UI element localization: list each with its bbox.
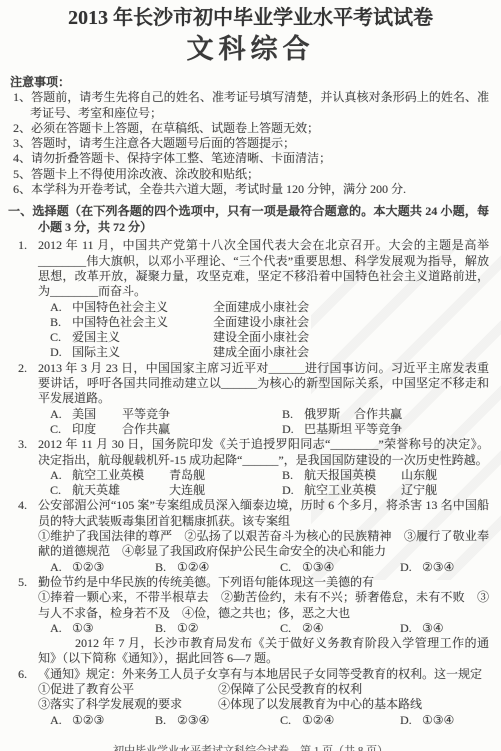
option-text-2: 全面建设小康社会	[213, 315, 309, 330]
option-text: ①②	[177, 621, 199, 636]
option-text: 印度	[72, 422, 122, 437]
exam-paper-page: 2013 年长沙市初中毕业学业水平考试试卷 文科综合 注意事项： 1、答题前，请…	[0, 0, 501, 751]
option-text: 航空工业英模	[304, 483, 401, 498]
option-text-2: 建设全面小康社会	[213, 330, 309, 345]
option-text: ①③④	[422, 713, 454, 728]
option-c: C. 爱国主义 建设全面小康社会	[50, 330, 489, 345]
page-subtitle: 文科综合	[0, 34, 501, 65]
notice-item-6: 6、本学科为开卷考试，全卷共六道大题，考试时量 120 分钟，满分 200 分.	[13, 182, 489, 197]
question-stem: 2012 年 11 月，中国共产党第十八次全国代表大会在北京召开。大会的主题是高…	[38, 238, 489, 299]
intro-note-6-7: 2012 年 7 月，长沙市教育局发布《关于做好义务教育阶段入学管理工作的通知》…	[10, 636, 489, 667]
options-list: A. ①②③ B. ①②④ C. ①③④ D. ②③④	[50, 560, 489, 575]
notice-item-4: 4、请勿折叠答题卡、保持字体工整、笔迹清晰、卡面清洁；	[13, 151, 489, 166]
question-stem: 勤俭节约是中华民族的传统美德。下列语句能体现这一美德的有	[38, 575, 489, 590]
option-text: ①②③	[72, 713, 104, 728]
notice-section: 注意事项： 1、答题前，请考生先将自己的姓名、准考证号填写清楚，并认真核对条形码…	[0, 75, 501, 197]
option-label: C.	[280, 621, 302, 636]
option-text: ②③④	[177, 713, 209, 728]
option-text: 美国	[72, 407, 122, 422]
option-label: C.	[50, 422, 72, 437]
question-number: 6.	[18, 667, 27, 682]
option-c: C. ②④	[280, 621, 400, 636]
question-number: 3.	[18, 437, 27, 452]
option-label: D.	[50, 345, 72, 360]
option-label: A.	[50, 468, 72, 483]
notice-item-2: 2、必须在答题卡上答题，在草稿纸、试题卷上答题无效；	[13, 121, 489, 136]
option-label: B.	[282, 407, 304, 422]
option-text-2: 平等竞争	[122, 407, 170, 422]
page-footer: 初中毕业学业水平考试文科综合试卷 第 1 页（共 8 页）	[0, 745, 501, 751]
option-a: A. ①②③	[50, 713, 155, 728]
question-6: 6. 《通知》规定：外来务工人员子女享有与本地居民子女同等受教育的权利。这一规定…	[10, 667, 489, 728]
option-c: C. ①②④	[280, 713, 400, 728]
option-label: B.	[155, 560, 177, 575]
option-text-2: 青岛舰	[169, 468, 205, 483]
option-b: B. ②③④	[155, 713, 280, 728]
question-5: 5. 勤俭节约是中华民族的传统美德。下列语句能体现这一美德的有 ①捧着一颗心来，…	[10, 575, 489, 636]
option-a: A. 美国 平等竞争	[50, 407, 282, 422]
notice-heading: 注意事项：	[10, 75, 489, 90]
option-c: C. 印度 合作共赢	[50, 422, 282, 437]
options-list: A. ①③ B. ①② C. ②④ D. ③④	[50, 621, 489, 636]
option-text-2: 大连舰	[169, 483, 205, 498]
option-text-2: 合作共赢	[122, 422, 170, 437]
option-text: ①②④	[302, 713, 334, 728]
question-subitems: ①促进了教育公平 ②保障了公民受教育的权利 ③落实了科学发展观的要求 ④体现了以…	[38, 682, 489, 713]
option-label: A.	[50, 713, 72, 728]
question-number: 1.	[18, 238, 27, 253]
option-d: D. ①③④	[400, 713, 489, 728]
option-d: D. 航空工业英模 辽宁舰	[282, 483, 489, 498]
option-label: C.	[280, 560, 302, 575]
option-label: A.	[50, 560, 72, 575]
option-c: C. 航天英雄 大连舰	[50, 483, 282, 498]
question-stem: 《通知》规定：外来务工人员子女享有与本地居民子女同等受教育的权利。这一规定	[38, 667, 489, 682]
option-text-2: 合作共赢	[354, 407, 402, 422]
option-a: A. ①②③	[50, 560, 155, 575]
option-text: 中国特色社会主义	[72, 300, 213, 315]
option-a: A. 航空工业英模 青岛舰	[50, 468, 282, 483]
question-4: 4. 公安部湄公河“105 案”专案组成员深入缅泰边境，历时 6 个多月，将杀害…	[10, 498, 489, 574]
option-b: B. 航天报国英模 山东舰	[282, 468, 489, 483]
questions-list: 1. 2012 年 11 月，中国共产党第十八次全国代表大会在北京召开。大会的主…	[0, 238, 501, 728]
option-label: B.	[50, 315, 72, 330]
question-number: 5.	[18, 575, 27, 590]
option-label: B.	[155, 621, 177, 636]
notice-item-3: 3、答题时，请考生注意各大题题号后面的答题提示；	[13, 136, 489, 151]
option-d: D. ②③④	[400, 560, 489, 575]
options-list: A. 中国特色社会主义 全面建成小康社会 B. 中国特色社会主义 全面建设小康社…	[50, 300, 489, 361]
option-text-2: 平等竞争	[354, 422, 402, 437]
option-text: ①②④	[177, 560, 209, 575]
subitem-2: ②保障了公民受教育的权利	[218, 682, 489, 697]
option-text-2: 辽宁舰	[401, 483, 437, 498]
notice-item-1: 1、答题前，请考生先将自己的姓名、准考证号填写清楚，并认真核对条形码上的姓名、准…	[13, 90, 489, 121]
option-text: 航天英雄	[72, 483, 169, 498]
option-d: D. 巴基斯坦 平等竞争	[282, 422, 489, 437]
option-a: A. 中国特色社会主义 全面建成小康社会	[50, 300, 489, 315]
option-label: B.	[155, 713, 177, 728]
option-b: B. 俄罗斯 合作共赢	[282, 407, 489, 422]
option-label: B.	[282, 468, 304, 483]
option-d: D. ③④	[400, 621, 489, 636]
option-label: D.	[400, 621, 422, 636]
option-text: 巴基斯坦	[304, 422, 354, 437]
option-label: C.	[50, 330, 72, 345]
option-text: 俄罗斯	[304, 407, 354, 422]
option-text: ②④	[302, 621, 324, 636]
question-stem: 2012 年 11 月 30 日，国务院印发《关于追授罗阳同志“________…	[38, 437, 489, 468]
option-text: ①③④	[302, 560, 334, 575]
option-text-2: 山东舰	[401, 468, 437, 483]
option-label: A.	[50, 621, 72, 636]
question-number: 4.	[18, 498, 27, 513]
option-label: D.	[282, 483, 304, 498]
subitem-1: ①促进了教育公平	[38, 682, 218, 697]
option-label: C.	[280, 713, 302, 728]
option-label: D.	[400, 713, 422, 728]
subitem-4: ④体现了以发展教育为中心的基本路线	[218, 697, 489, 712]
option-label: A.	[50, 407, 72, 422]
option-text: 爱国主义	[72, 330, 213, 345]
option-text: ①③	[72, 621, 94, 636]
page-title: 2013 年长沙市初中毕业学业水平考试试卷	[0, 0, 501, 31]
options-list: A. 航空工业英模 青岛舰 B. 航天报国英模 山东舰 C. 航天英雄 大连舰 …	[50, 468, 489, 499]
question-number: 2.	[18, 361, 27, 376]
subitem-3: ③落实了科学发展观的要求	[38, 697, 218, 712]
option-label: C.	[50, 483, 72, 498]
options-list: A. 美国 平等竞争 B. 俄罗斯 合作共赢 C. 印度 合作共赢 D. 巴基斯…	[50, 407, 489, 438]
option-label: D.	[400, 560, 422, 575]
option-text: 航天报国英模	[304, 468, 401, 483]
question-2: 2. 2013 年 3 月 23 日，中国国家主席习近平对______进行国事访…	[10, 361, 489, 437]
option-text: ①②③	[72, 560, 104, 575]
option-b: B. ①②	[155, 621, 280, 636]
option-a: A. ①③	[50, 621, 155, 636]
option-text-2: 全面建成小康社会	[213, 300, 309, 315]
option-label: A.	[50, 300, 72, 315]
question-subitems: ①维护了我国法律的尊严 ②弘扬了以艰苦奋斗为核心的民族精神 ③履行了敬业奉献的道…	[38, 529, 489, 560]
option-d: D. 国际主义 建成全面小康社会	[50, 345, 489, 360]
question-1: 1. 2012 年 11 月，中国共产党第十八次全国代表大会在北京召开。大会的主…	[10, 238, 489, 360]
option-c: C. ①③④	[280, 560, 400, 575]
question-subitems: ①捧着一颗心来，不带半根草去 ②勤苦俭约，未有不兴；骄奢倦怠，未有不败 ③与人不…	[38, 590, 489, 621]
question-stem: 公安部湄公河“105 案”专案组成员深入缅泰边境，历时 6 个多月，将杀害 13…	[38, 498, 489, 529]
question-stem: 2013 年 3 月 23 日，中国国家主席习近平对______进行国事访问。习…	[38, 361, 489, 407]
option-label: D.	[282, 422, 304, 437]
option-text: ③④	[422, 621, 444, 636]
options-list: A. ①②③ B. ②③④ C. ①②④ D. ①③④	[50, 713, 489, 728]
option-text: 国际主义	[72, 345, 213, 360]
option-text: 中国特色社会主义	[72, 315, 213, 330]
option-text: ②③④	[422, 560, 454, 575]
option-b: B. 中国特色社会主义 全面建设小康社会	[50, 315, 489, 330]
option-text: 航空工业英模	[72, 468, 169, 483]
option-b: B. ①②④	[155, 560, 280, 575]
question-3: 3. 2012 年 11 月 30 日，国务院印发《关于追授罗阳同志“_____…	[10, 437, 489, 498]
section-1-heading: 一、选择题（在下列各题的四个选项中，只有一项是最符合题意的。本大题共 24 小题…	[8, 203, 489, 235]
option-text-2: 建成全面小康社会	[213, 345, 309, 360]
notice-item-5: 5、答题卡上不得使用涂改液、涂改胶和贴纸；	[13, 167, 489, 182]
